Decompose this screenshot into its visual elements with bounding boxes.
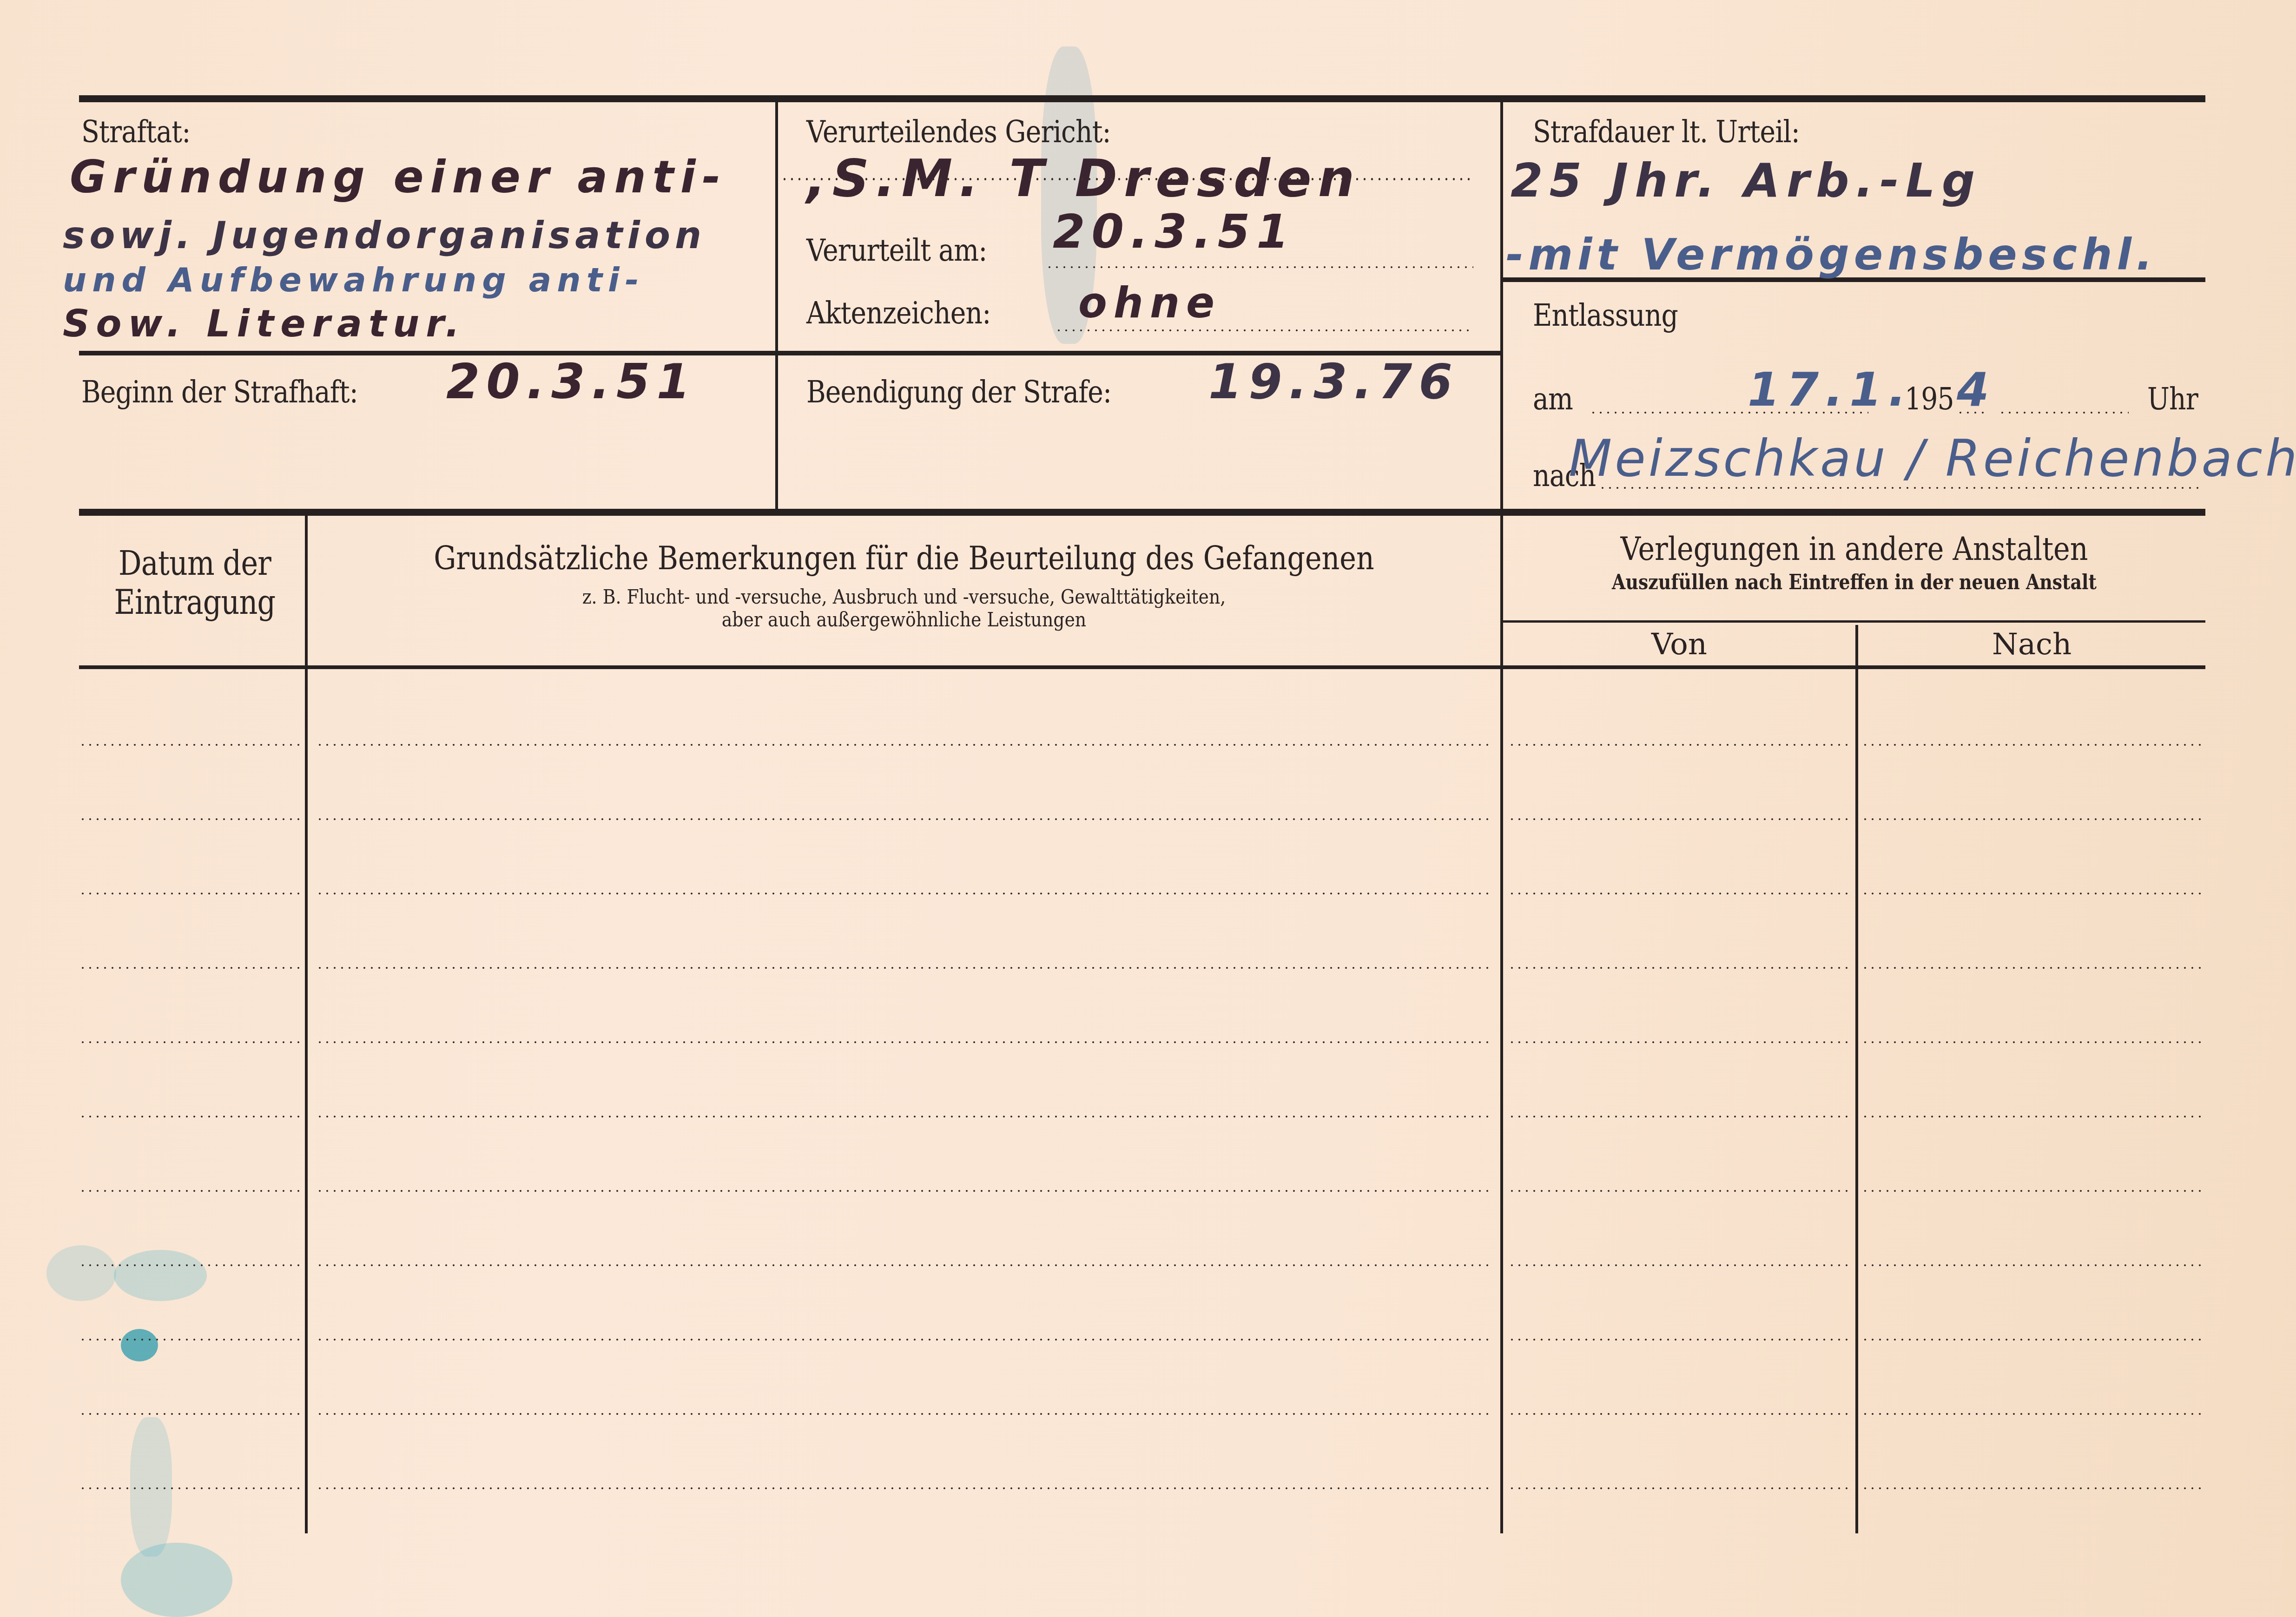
gericht-dotted [781,177,1473,180]
ink-stain [46,1245,116,1301]
entry-dotted-line [316,818,1492,821]
entry-dotted-line [1508,1190,1852,1192]
entry-dotted-line [316,1041,1492,1044]
entry-dotted-line [1508,1041,1852,1044]
entry-dotted-line [316,1487,1492,1490]
beendigung-label: Beendigung der Strafe: [806,374,1111,410]
entlassung-am-label: am [1533,381,1573,417]
entry-dotted-line [1861,892,2205,895]
straftat-line-4: Sow. Literatur. [63,302,466,345]
entry-dotted-line [316,1413,1492,1415]
section-rule [79,509,2205,516]
entry-dotted-line [79,743,302,746]
bemerkungen-sub-2: aber auch außergewöhnliche Leistungen [367,608,1440,631]
entry-dotted-line [1508,743,1852,746]
gericht-label: Verurteilendes Gericht: [806,114,1111,150]
ink-stain [121,1329,158,1361]
divider-straftat-gericht [775,102,778,509]
entry-dotted-line [1861,743,2205,746]
divider-von-nach [1855,625,1858,1533]
entry-dotted-line [1861,1041,2205,1044]
entlassung-nach-value: Meizschkau / Reichenbach [1569,430,2296,488]
verurteilt-value: 20.3.51 [1053,204,1295,259]
datum-header: Datum der Eintragung [79,544,305,622]
bemerkungen-title: Grundsätzliche Bemerkungen für die Beurt… [391,539,1417,577]
entlassung-am-value: 17.1. [1748,362,1913,417]
straftat-line-3: und Aufbewahrung anti- [63,260,645,299]
nach-header: Nach [1858,627,2205,662]
entry-dotted-line [1508,1264,1852,1267]
entry-dotted-line [79,966,302,969]
akten-dotted-line [1055,329,1473,332]
entry-dotted-line [1508,1338,1852,1341]
entlassung-uhr-label: Uhr [2147,381,2198,417]
entry-dotted-line [1508,1413,1852,1415]
entry-dotted-line [316,966,1492,969]
entry-dotted-line [1861,1487,2205,1490]
entry-dotted-line [79,1487,302,1490]
entlassung-year-printed: 195 [1905,381,1954,417]
entry-dotted-line [1861,1115,2205,1118]
beginn-value: 20.3.51 [446,353,697,410]
uhr-dotted-line [1999,411,2129,414]
verurteilt-label: Verurteilt am: [806,232,987,268]
entry-dotted-line [1508,966,1852,969]
entlassung-label: Entlassung [1533,297,1678,333]
top-rule [79,95,2205,102]
ink-stain [114,1250,207,1301]
entry-dotted-line [316,743,1492,746]
header-bottom-rule [79,665,2205,669]
straftat-line-1: Gründung einer anti- [70,151,727,203]
verlegungen-header: Verlegungen in andere Anstalten Auszufül… [1503,530,2205,594]
akten-value: ohne [1078,279,1221,328]
entry-dotted-line [1508,892,1852,895]
entry-dotted-line [316,1190,1492,1192]
verurteilt-dotted-line [1046,266,1473,269]
straftat-line-2: sowj. Jugendorganisation [63,214,706,257]
entry-dotted-line [1861,1264,2205,1267]
entry-dotted-line [79,892,302,895]
entry-dotted-line [316,1264,1492,1267]
verlegungen-sub-rule [1503,620,2205,623]
entry-dotted-line [1508,818,1852,821]
entry-dotted-line [1861,1190,2205,1192]
datum-header-line-1: Datum der [98,544,292,583]
entry-dotted-line [1508,1115,1852,1118]
datum-header-line-2: Eintragung [98,583,292,622]
bemerkungen-header: Grundsätzliche Bemerkungen für die Beurt… [308,539,1500,631]
entry-dotted-line [1861,818,2205,821]
akten-label: Aktenzeichen: [806,295,990,331]
entry-dotted-line [316,1338,1492,1341]
strafdauer-value-2: -mit Vermögensbeschl. [1506,230,2157,280]
ink-stain [121,1543,232,1617]
entry-dotted-line [1861,1338,2205,1341]
entry-dotted-line [316,1115,1492,1118]
verlegungen-sub: Auszufüllen nach Eintreffen in der neuen… [1552,571,2156,594]
entry-dotted-line [79,1041,302,1044]
entry-dotted-line [1508,1487,1852,1490]
entry-dotted-line [316,892,1492,895]
straftat-label: Straftat: [81,114,191,150]
strafdauer-label: Strafdauer lt. Urteil: [1533,114,1800,150]
entry-dotted-line [79,1413,302,1415]
beginn-label: Beginn der Strafhaft: [81,374,358,410]
entry-dotted-line [79,1338,302,1341]
entry-dotted-line [79,818,302,821]
entlassung-year-handwritten: 4 [1957,362,1996,417]
divider-gericht-strafdauer [1500,102,1503,1533]
beendigung-value: 19.3.76 [1208,353,1459,410]
entry-dotted-line [79,1190,302,1192]
entry-dotted-line [79,1264,302,1267]
strafdauer-value-1: 25 Jhr. Arb.-Lg [1511,153,1981,208]
entry-dotted-line [79,1115,302,1118]
entry-dotted-line [1861,966,2205,969]
von-header: Von [1503,627,1855,662]
bemerkungen-sub-1: z. B. Flucht- und -versuche, Ausbruch un… [367,585,1440,608]
uhr-dotted-line [1957,411,1985,414]
entry-dotted-line [1861,1413,2205,1415]
verlegungen-title: Verlegungen in andere Anstalten [1552,530,2156,568]
